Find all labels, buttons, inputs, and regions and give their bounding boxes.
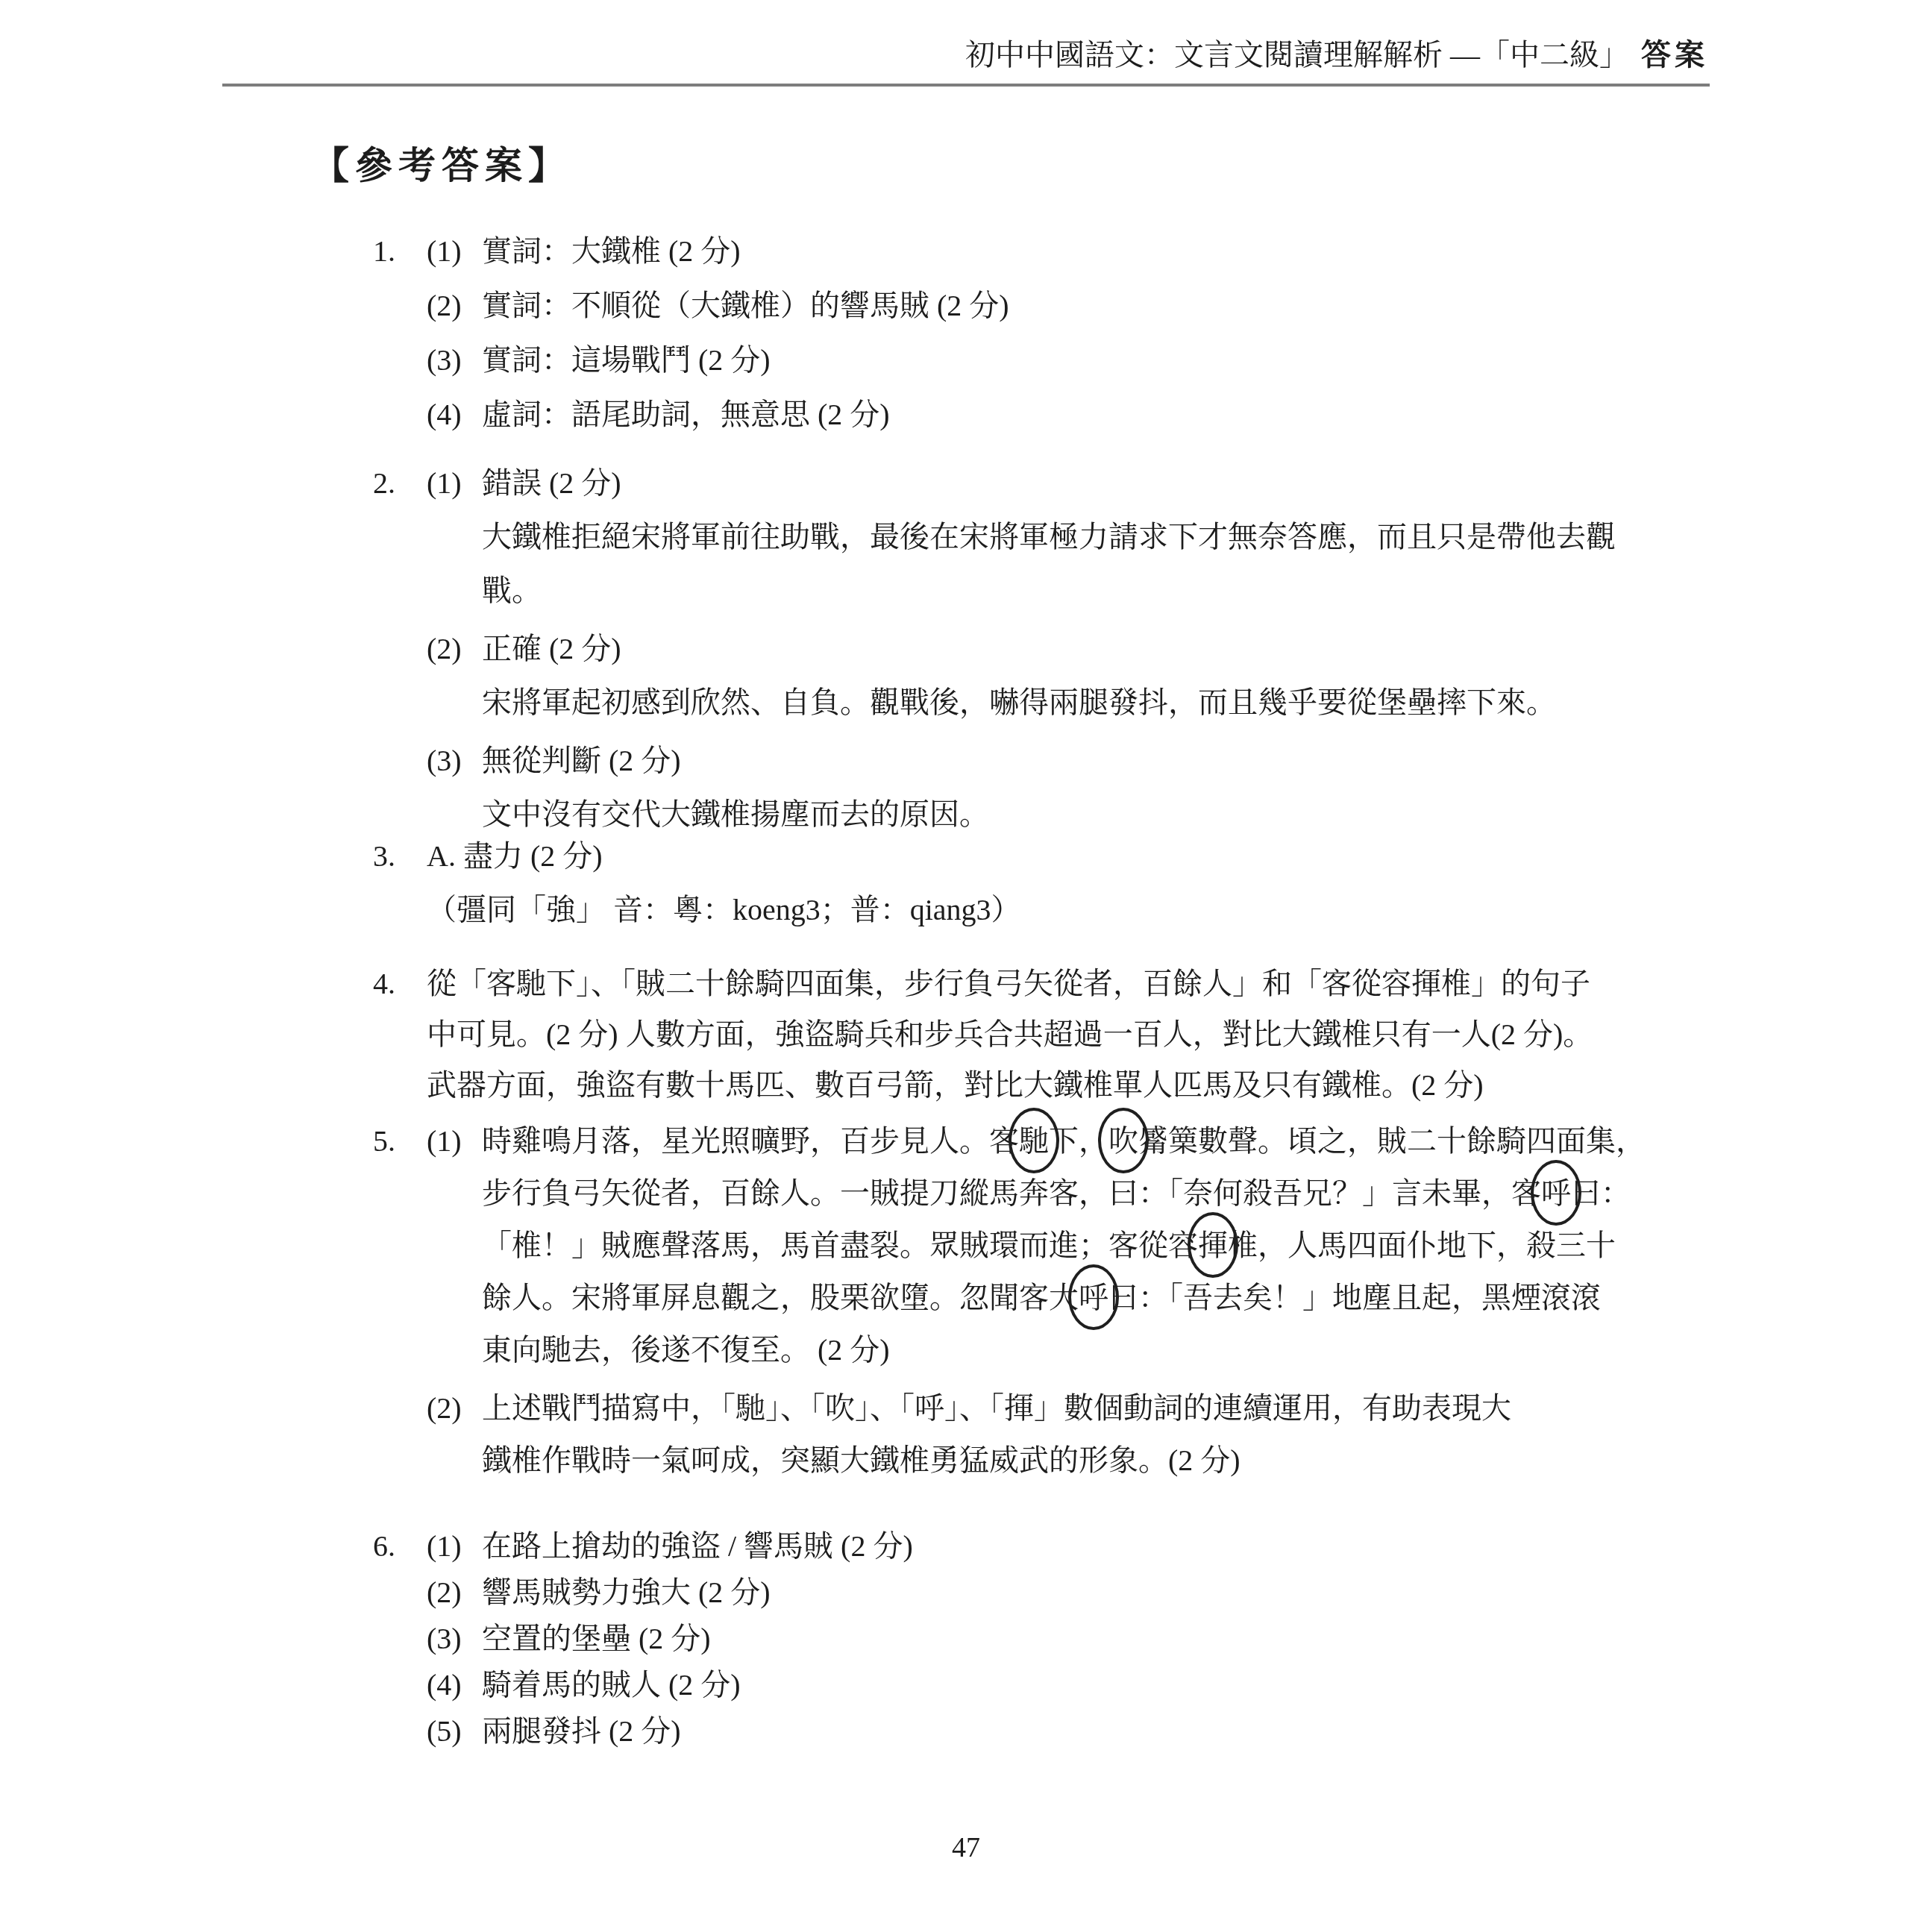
verdict-text: 錯誤 (2 分) bbox=[482, 457, 1708, 510]
passage-segment: 曰： bbox=[1571, 1176, 1631, 1210]
answer-1-4: (4) 虛詞：語尾助詞，無意思 (2 分) bbox=[427, 387, 1708, 442]
answer-5-body: (1) 時雞鳴月落，星光照曠野，百步見人。客馳下，吹觱篥數聲。頃之，賊二十餘騎四… bbox=[427, 1115, 1708, 1487]
question-number: 5. bbox=[373, 1115, 427, 1487]
circled-verb: 馳 bbox=[1019, 1115, 1049, 1167]
header-answers-label: 答案 bbox=[1641, 38, 1708, 72]
answer-5: 5. (1) 時雞鳴月落，星光照曠野，百步見人。客馳下，吹觱篥數聲。頃之，賊二十… bbox=[373, 1115, 1708, 1487]
passage-line: 時雞鳴月落，星光照曠野，百步見人。客馳下，吹觱篥數聲。頃之，賊二十餘騎四面集， bbox=[482, 1115, 1708, 1167]
explanation-line: 大鐵椎拒絕宋將軍前往助戰，最後在宋將軍極力請求下才無奈答應，而且只是帶他去觀 bbox=[482, 510, 1708, 564]
passage-line: 東向馳去，後遂不復至。 (2 分) bbox=[482, 1324, 1708, 1376]
sub-label: (3) bbox=[427, 1616, 482, 1662]
passage-line: 餘人。宋將軍屏息觀之，股栗欲墮。忽聞客大呼曰：「吾去矣！」地塵且起，黑煙滾滾 bbox=[482, 1272, 1708, 1324]
sub-label: (2) bbox=[427, 1569, 482, 1616]
circled-verb: 吹 bbox=[1108, 1115, 1138, 1167]
answer-3-body: A. 盡力 (2 分) （彊同「強」 音：粵：koeng3；普：qiang3） bbox=[427, 829, 1708, 937]
answer-1: 1. (1) 實詞：大鐵椎 (2 分) (2) 實詞：不順從（大鐵椎）的響馬賊 … bbox=[373, 224, 1708, 442]
answer-5-2-text: 上述戰鬥描寫中，「馳」、「吹」、「呼」、「揮」數個動詞的連續運用，有助表現大 鐵… bbox=[482, 1382, 1708, 1487]
answer-line: 從「客馳下」、「賊二十餘騎四面集，步行負弓矢從者，百餘人」和「客從容揮椎」的句子 bbox=[427, 959, 1708, 1009]
header-divider bbox=[222, 84, 1710, 87]
answer-line: 武器方面，強盜有數十馬匹、數百弓箭，對比大鐵椎單人匹馬及只有鐵椎。(2 分) bbox=[427, 1060, 1708, 1111]
passage-line: 「椎！」賊應聲落馬，馬首盡裂。眾賊環而進；客從容揮椎，人馬四面仆地下，殺三十 bbox=[482, 1220, 1708, 1272]
answer-4: 4. 從「客馳下」、「賊二十餘騎四面集，步行負弓矢從者，百餘人」和「客從容揮椎」… bbox=[373, 959, 1708, 1111]
answer-2-2-text: 正確 (2 分) 宋將軍起初感到欣然、自負。觀戰後，嚇得兩腿發抖，而且幾乎要從堡… bbox=[482, 622, 1708, 730]
page-footer: 47 bbox=[0, 1831, 1932, 1864]
page-number: 47 bbox=[952, 1832, 980, 1863]
sub-label: (3) bbox=[427, 333, 482, 387]
pronunciation-note: （彊同「強」 音：粵：koeng3；普：qiang3） bbox=[427, 883, 1708, 937]
answer-5-2: (2) 上述戰鬥描寫中，「馳」、「吹」、「呼」、「揮」數個動詞的連續運用，有助表… bbox=[427, 1382, 1708, 1487]
answer-1-3: (3) 實詞：這場戰鬥 (2 分) bbox=[427, 333, 1708, 387]
answer-2-3-text: 無從判斷 (2 分) 文中沒有交代大鐵椎揚塵而去的原因。 bbox=[482, 734, 1708, 841]
passage-line: 步行負弓矢從者，百餘人。一賊提刀縱馬奔客，曰：「奈何殺吾兄？」言未畢，客呼曰： bbox=[482, 1167, 1708, 1220]
answer-6-1: (1) 在路上搶劫的強盜 / 響馬賊 (2 分) bbox=[427, 1523, 1708, 1569]
answer-6-3: (3) 空置的堡壘 (2 分) bbox=[427, 1616, 1708, 1662]
verdict-text: 正確 (2 分) bbox=[482, 622, 1708, 676]
answer-1-body: (1) 實詞：大鐵椎 (2 分) (2) 實詞：不順從（大鐵椎）的響馬賊 (2 … bbox=[427, 224, 1708, 442]
answer-text: 騎着馬的賊人 (2 分) bbox=[482, 1662, 1708, 1708]
answer-text: 實詞：不順從（大鐵椎）的響馬賊 (2 分) bbox=[482, 278, 1708, 333]
answer-1-1: (1) 實詞：大鐵椎 (2 分) bbox=[427, 224, 1708, 278]
sub-label: (4) bbox=[427, 1662, 482, 1708]
sub-label: (3) bbox=[427, 734, 482, 841]
answer-2-2: (2) 正確 (2 分) 宋將軍起初感到欣然、自負。觀戰後，嚇得兩腿發抖，而且幾… bbox=[427, 622, 1708, 730]
answer-2-body: (1) 錯誤 (2 分) 大鐵椎拒絕宋將軍前往助戰，最後在宋將軍極力請求下才無奈… bbox=[427, 457, 1708, 841]
passage-segment: 曰：「吾去矣！」地塵且起，黑煙滾滾 bbox=[1108, 1281, 1601, 1314]
answer-line: 上述戰鬥描寫中，「馳」、「吹」、「呼」、「揮」數個動詞的連續運用，有助表現大 bbox=[482, 1382, 1708, 1434]
answer-6-body: (1) 在路上搶劫的強盜 / 響馬賊 (2 分) (2) 響馬賊勢力強大 (2 … bbox=[427, 1523, 1708, 1754]
answer-2-1: (1) 錯誤 (2 分) 大鐵椎拒絕宋將軍前往助戰，最後在宋將軍極力請求下才無奈… bbox=[427, 457, 1708, 618]
answer-text: 實詞：大鐵椎 (2 分) bbox=[482, 224, 1708, 278]
passage-segment: 步行負弓矢從者，百餘人。一賊提刀縱馬奔客，曰：「奈何殺吾兄？」言未畢，客 bbox=[482, 1176, 1541, 1210]
page-header: 初中中國語文：文言文閱讀理解解析 —「中二級」答案 bbox=[965, 37, 1708, 73]
answer-text: 在路上搶劫的強盜 / 響馬賊 (2 分) bbox=[482, 1523, 1708, 1569]
answer-6: 6. (1) 在路上搶劫的強盜 / 響馬賊 (2 分) (2) 響馬賊勢力強大 … bbox=[373, 1523, 1708, 1754]
verdict-text: 無從判斷 (2 分) bbox=[482, 734, 1708, 788]
answer-2-3: (3) 無從判斷 (2 分) 文中沒有交代大鐵椎揚塵而去的原因。 bbox=[427, 734, 1708, 841]
question-number: 1. bbox=[373, 224, 427, 442]
answer-text: 兩腿發抖 (2 分) bbox=[482, 1708, 1708, 1754]
question-number: 2. bbox=[373, 457, 427, 841]
sub-label: (5) bbox=[427, 1708, 482, 1754]
sub-label: (1) bbox=[427, 1523, 482, 1569]
answer-text: 響馬賊勢力強大 (2 分) bbox=[482, 1569, 1708, 1616]
sub-label: (2) bbox=[427, 1382, 482, 1487]
passage-segment: 時雞鳴月落，星光照曠野，百步見人。客 bbox=[482, 1124, 1019, 1158]
answer-text: 虛詞：語尾助詞，無意思 (2 分) bbox=[482, 387, 1708, 442]
sub-label: (2) bbox=[427, 622, 482, 730]
explanation-line: 宋將軍起初感到欣然、自負。觀戰後，嚇得兩腿發抖，而且幾乎要從堡壘摔下來。 bbox=[482, 676, 1708, 730]
answer-5-1: (1) 時雞鳴月落，星光照曠野，百步見人。客馳下，吹觱篥數聲。頃之，賊二十餘騎四… bbox=[427, 1115, 1708, 1376]
answer-text: 實詞：這場戰鬥 (2 分) bbox=[482, 333, 1708, 387]
passage-segment: 餘人。宋將軍屏息觀之，股栗欲墮。忽聞客大 bbox=[482, 1281, 1079, 1314]
circled-verb: 呼 bbox=[1079, 1272, 1108, 1324]
sub-label: (1) bbox=[427, 1115, 482, 1376]
answer-page: 初中中國語文：文言文閱讀理解解析 —「中二級」答案 【參考答案】 1. (1) … bbox=[0, 0, 1932, 1932]
answer-1-2: (2) 實詞：不順從（大鐵椎）的響馬賊 (2 分) bbox=[427, 278, 1708, 333]
passage-segment: 東向馳去，後遂不復至。 (2 分) bbox=[482, 1333, 890, 1367]
answer-line: 鐵椎作戰時一氣呵成，突顯大鐵椎勇猛威武的形象。(2 分) bbox=[482, 1434, 1708, 1487]
question-number: 3. bbox=[373, 829, 427, 937]
answer-text: 空置的堡壘 (2 分) bbox=[482, 1616, 1708, 1662]
explanation-line: 戰。 bbox=[482, 564, 1708, 618]
answer-6-2: (2) 響馬賊勢力強大 (2 分) bbox=[427, 1569, 1708, 1616]
answer-2: 2. (1) 錯誤 (2 分) 大鐵椎拒絕宋將軍前往助戰，最後在宋將軍極力請求下… bbox=[373, 457, 1708, 841]
answer-3: 3. A. 盡力 (2 分) （彊同「強」 音：粵：koeng3；普：qiang… bbox=[373, 829, 1708, 937]
question-number: 4. bbox=[373, 959, 427, 1111]
question-number: 6. bbox=[373, 1523, 427, 1754]
header-course-title: 初中中國語文：文言文閱讀理解解析 —「中二級」 bbox=[965, 38, 1629, 72]
passage-segment: 下， bbox=[1049, 1124, 1108, 1158]
answer-4-body: 從「客馳下」、「賊二十餘騎四面集，步行負弓矢從者，百餘人」和「客從容揮椎」的句子… bbox=[427, 959, 1708, 1111]
sub-label: (1) bbox=[427, 224, 482, 278]
sub-label: (4) bbox=[427, 387, 482, 442]
circled-verb: 揮 bbox=[1198, 1220, 1228, 1272]
sub-label: (2) bbox=[427, 278, 482, 333]
passage-segment: 「椎！」賊應聲落馬，馬首盡裂。眾賊環而進；客從容 bbox=[482, 1229, 1198, 1262]
answer-6-4: (4) 騎着馬的賊人 (2 分) bbox=[427, 1662, 1708, 1708]
answer-2-1-text: 錯誤 (2 分) 大鐵椎拒絕宋將軍前往助戰，最後在宋將軍極力請求下才無奈答應，而… bbox=[482, 457, 1708, 618]
sub-label: (1) bbox=[427, 457, 482, 618]
section-title: 【參考答案】 bbox=[312, 136, 571, 189]
answer-text: A. 盡力 (2 分) bbox=[427, 829, 1708, 883]
circled-verb: 呼 bbox=[1541, 1167, 1571, 1220]
answer-line: 中可見。(2 分) 人數方面，強盜騎兵和步兵合共超過一百人，對比大鐵椎只有一人(… bbox=[427, 1009, 1708, 1060]
passage-segment: 觱篥數聲。頃之，賊二十餘騎四面集， bbox=[1138, 1124, 1646, 1158]
translation-passage: 時雞鳴月落，星光照曠野，百步見人。客馳下，吹觱篥數聲。頃之，賊二十餘騎四面集， … bbox=[482, 1115, 1708, 1376]
answer-6-5: (5) 兩腿發抖 (2 分) bbox=[427, 1708, 1708, 1754]
passage-segment: 椎，人馬四面仆地下，殺三十 bbox=[1228, 1229, 1616, 1262]
